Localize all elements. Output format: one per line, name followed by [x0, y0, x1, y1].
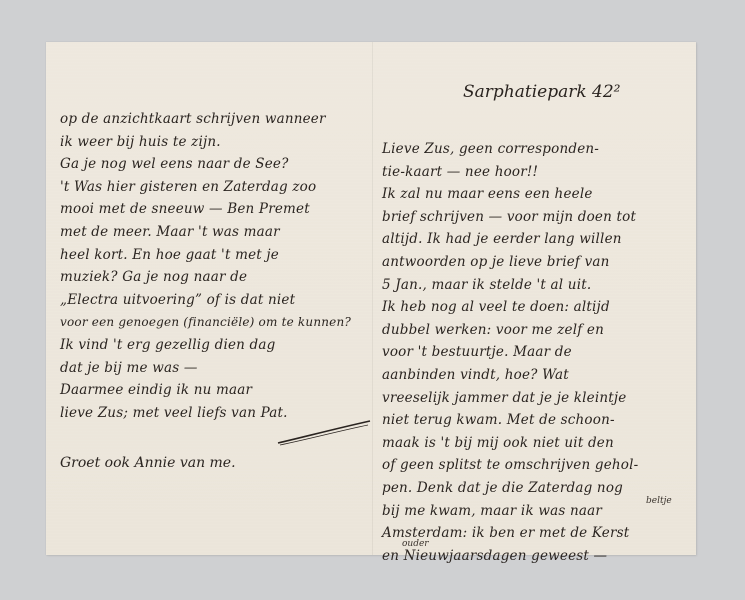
- text-line: vreeselijk jammer dat je je kleintje: [382, 387, 688, 410]
- text-line: Ik zal nu maar eens een heele: [382, 183, 688, 206]
- text-line: brief schrijven — voor mijn doen tot: [382, 206, 688, 229]
- text-line: ik weer bij huis te zijn.: [60, 131, 370, 154]
- text-line: „Electra uitvoering” of is dat niet: [60, 289, 370, 312]
- text-line: aanbinden vindt, hoe? Wat: [382, 364, 688, 387]
- text-line: Daarmee eindig ik nu maar: [60, 379, 370, 402]
- text-line: voor een genoegen (financiële) om te kun…: [60, 311, 370, 334]
- text-line: tie-kaart — nee hoor!!: [382, 161, 688, 184]
- text-line: of geen splitst te omschrijven gehol-: [382, 454, 688, 477]
- text-line: Ik vind 't erg gezellig dien dag: [60, 334, 370, 357]
- letter-paper: Sarphatiepark 42² op de anzichtkaart sch…: [46, 42, 696, 555]
- interlinear-note: beltje: [646, 496, 672, 506]
- right-column: Lieve Zus, geen corresponden- tie-kaart …: [382, 138, 688, 567]
- text-line: dat je bij me was —: [60, 357, 370, 380]
- text-line: heel kort. En hoe gaat 't met je: [60, 244, 370, 267]
- text-line: op de anzichtkaart schrijven wanneer: [60, 108, 370, 131]
- text-line: pen. Denk dat je die Zaterdag nog: [382, 477, 688, 500]
- text-line: antwoorden op je lieve brief van: [382, 251, 688, 274]
- text-line: 5 Jan., maar ik stelde 't al uit.: [382, 274, 688, 297]
- text-line: voor 't bestuurtje. Maar de: [382, 341, 688, 364]
- text-line: bij me kwam, maar ik was naar: [382, 500, 688, 523]
- letter-address: Sarphatiepark 42²: [463, 82, 621, 102]
- paper-fold: [372, 42, 373, 555]
- text-line: maak is 't bij mij ook niet uit den: [382, 432, 688, 455]
- text-line: muziek? Ga je nog naar de: [60, 266, 370, 289]
- text-line: 't Was hier gisteren en Zaterdag zoo: [60, 176, 370, 199]
- letter-closing: Groet ook Annie van me.: [60, 455, 236, 471]
- signature-flourish: [274, 417, 374, 447]
- text-line: altijd. Ik had je eerder lang willen: [382, 228, 688, 251]
- text-line: Ga je nog wel eens naar de See?: [60, 153, 370, 176]
- text-line: mooi met de sneeuw — Ben Premet: [60, 198, 370, 221]
- text-line: met de meer. Maar 't was maar: [60, 221, 370, 244]
- text-line: niet terug kwam. Met de schoon-: [382, 409, 688, 432]
- interlinear-note: ouder: [402, 539, 429, 549]
- text-line: dubbel werken: voor me zelf en: [382, 319, 688, 342]
- left-column: op de anzichtkaart schrijven wanneer ik …: [60, 108, 370, 424]
- text-line: Lieve Zus, geen corresponden-: [382, 138, 688, 161]
- text-line: Ik heb nog al veel te doen: altijd: [382, 296, 688, 319]
